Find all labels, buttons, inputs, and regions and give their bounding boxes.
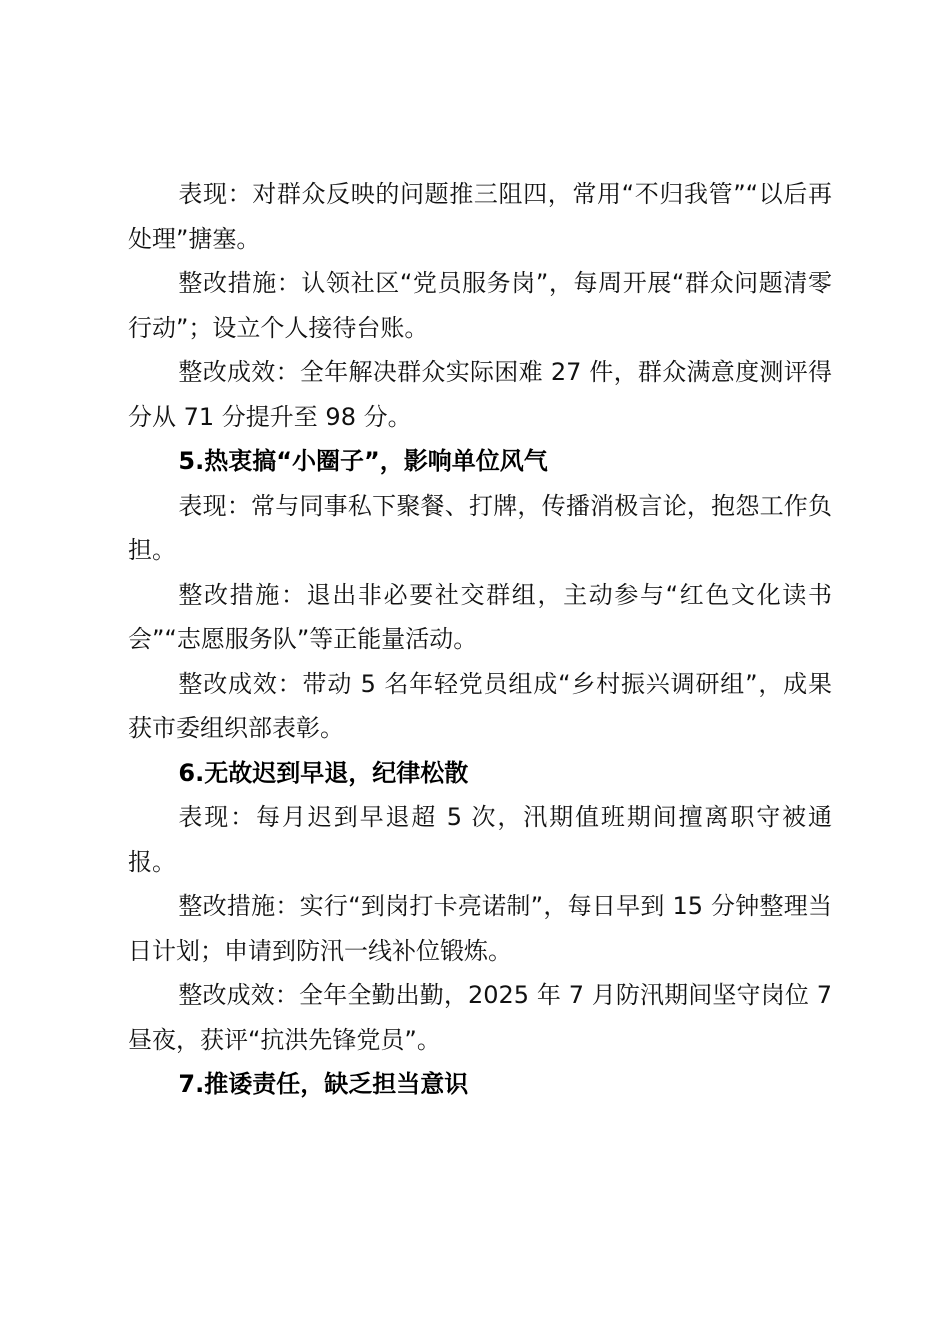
section-heading-7: 7.推诿责任，缺乏担当意识 (128, 1062, 832, 1107)
paragraph-measures-4: 整改措施：认领社区“党员服务岗”，每周开展“群众问题清零行动”；设立个人接待台账… (128, 261, 832, 350)
paragraph-performance-6: 表现：每月迟到早退超 5 次，汛期值班期间擅离职守被通报。 (128, 795, 832, 884)
paragraph-results-4: 整改成效：全年解决群众实际困难 27 件，群众满意度测评得分从 71 分提升至 … (128, 350, 832, 439)
paragraph-results-6: 整改成效：全年全勤出勤，2025 年 7 月防汛期间坚守岗位 7 昼夜，获评“抗… (128, 973, 832, 1062)
paragraph-measures-6: 整改措施：实行“到岗打卡亮诺制”，每日早到 15 分钟整理当日计划；申请到防汛一… (128, 884, 832, 973)
paragraph-performance-5: 表现：常与同事私下聚餐、打牌，传播消极言论，抱怨工作负担。 (128, 484, 832, 573)
paragraph-measures-5: 整改措施：退出非必要社交群组，主动参与“红色文化读书会”“志愿服务队”等正能量活… (128, 573, 832, 662)
section-heading-6: 6.无故迟到早退，纪律松散 (128, 751, 832, 796)
document-page: 表现：对群众反映的问题推三阻四，常用“不归我管”“以后再处理”搪塞。 整改措施：… (128, 172, 832, 1107)
paragraph-performance-4: 表现：对群众反映的问题推三阻四，常用“不归我管”“以后再处理”搪塞。 (128, 172, 832, 261)
section-heading-5: 5.热衷搞“小圈子”，影响单位风气 (128, 439, 832, 484)
paragraph-results-5: 整改成效：带动 5 名年轻党员组成“乡村振兴调研组”，成果获市委组织部表彰。 (128, 662, 832, 751)
